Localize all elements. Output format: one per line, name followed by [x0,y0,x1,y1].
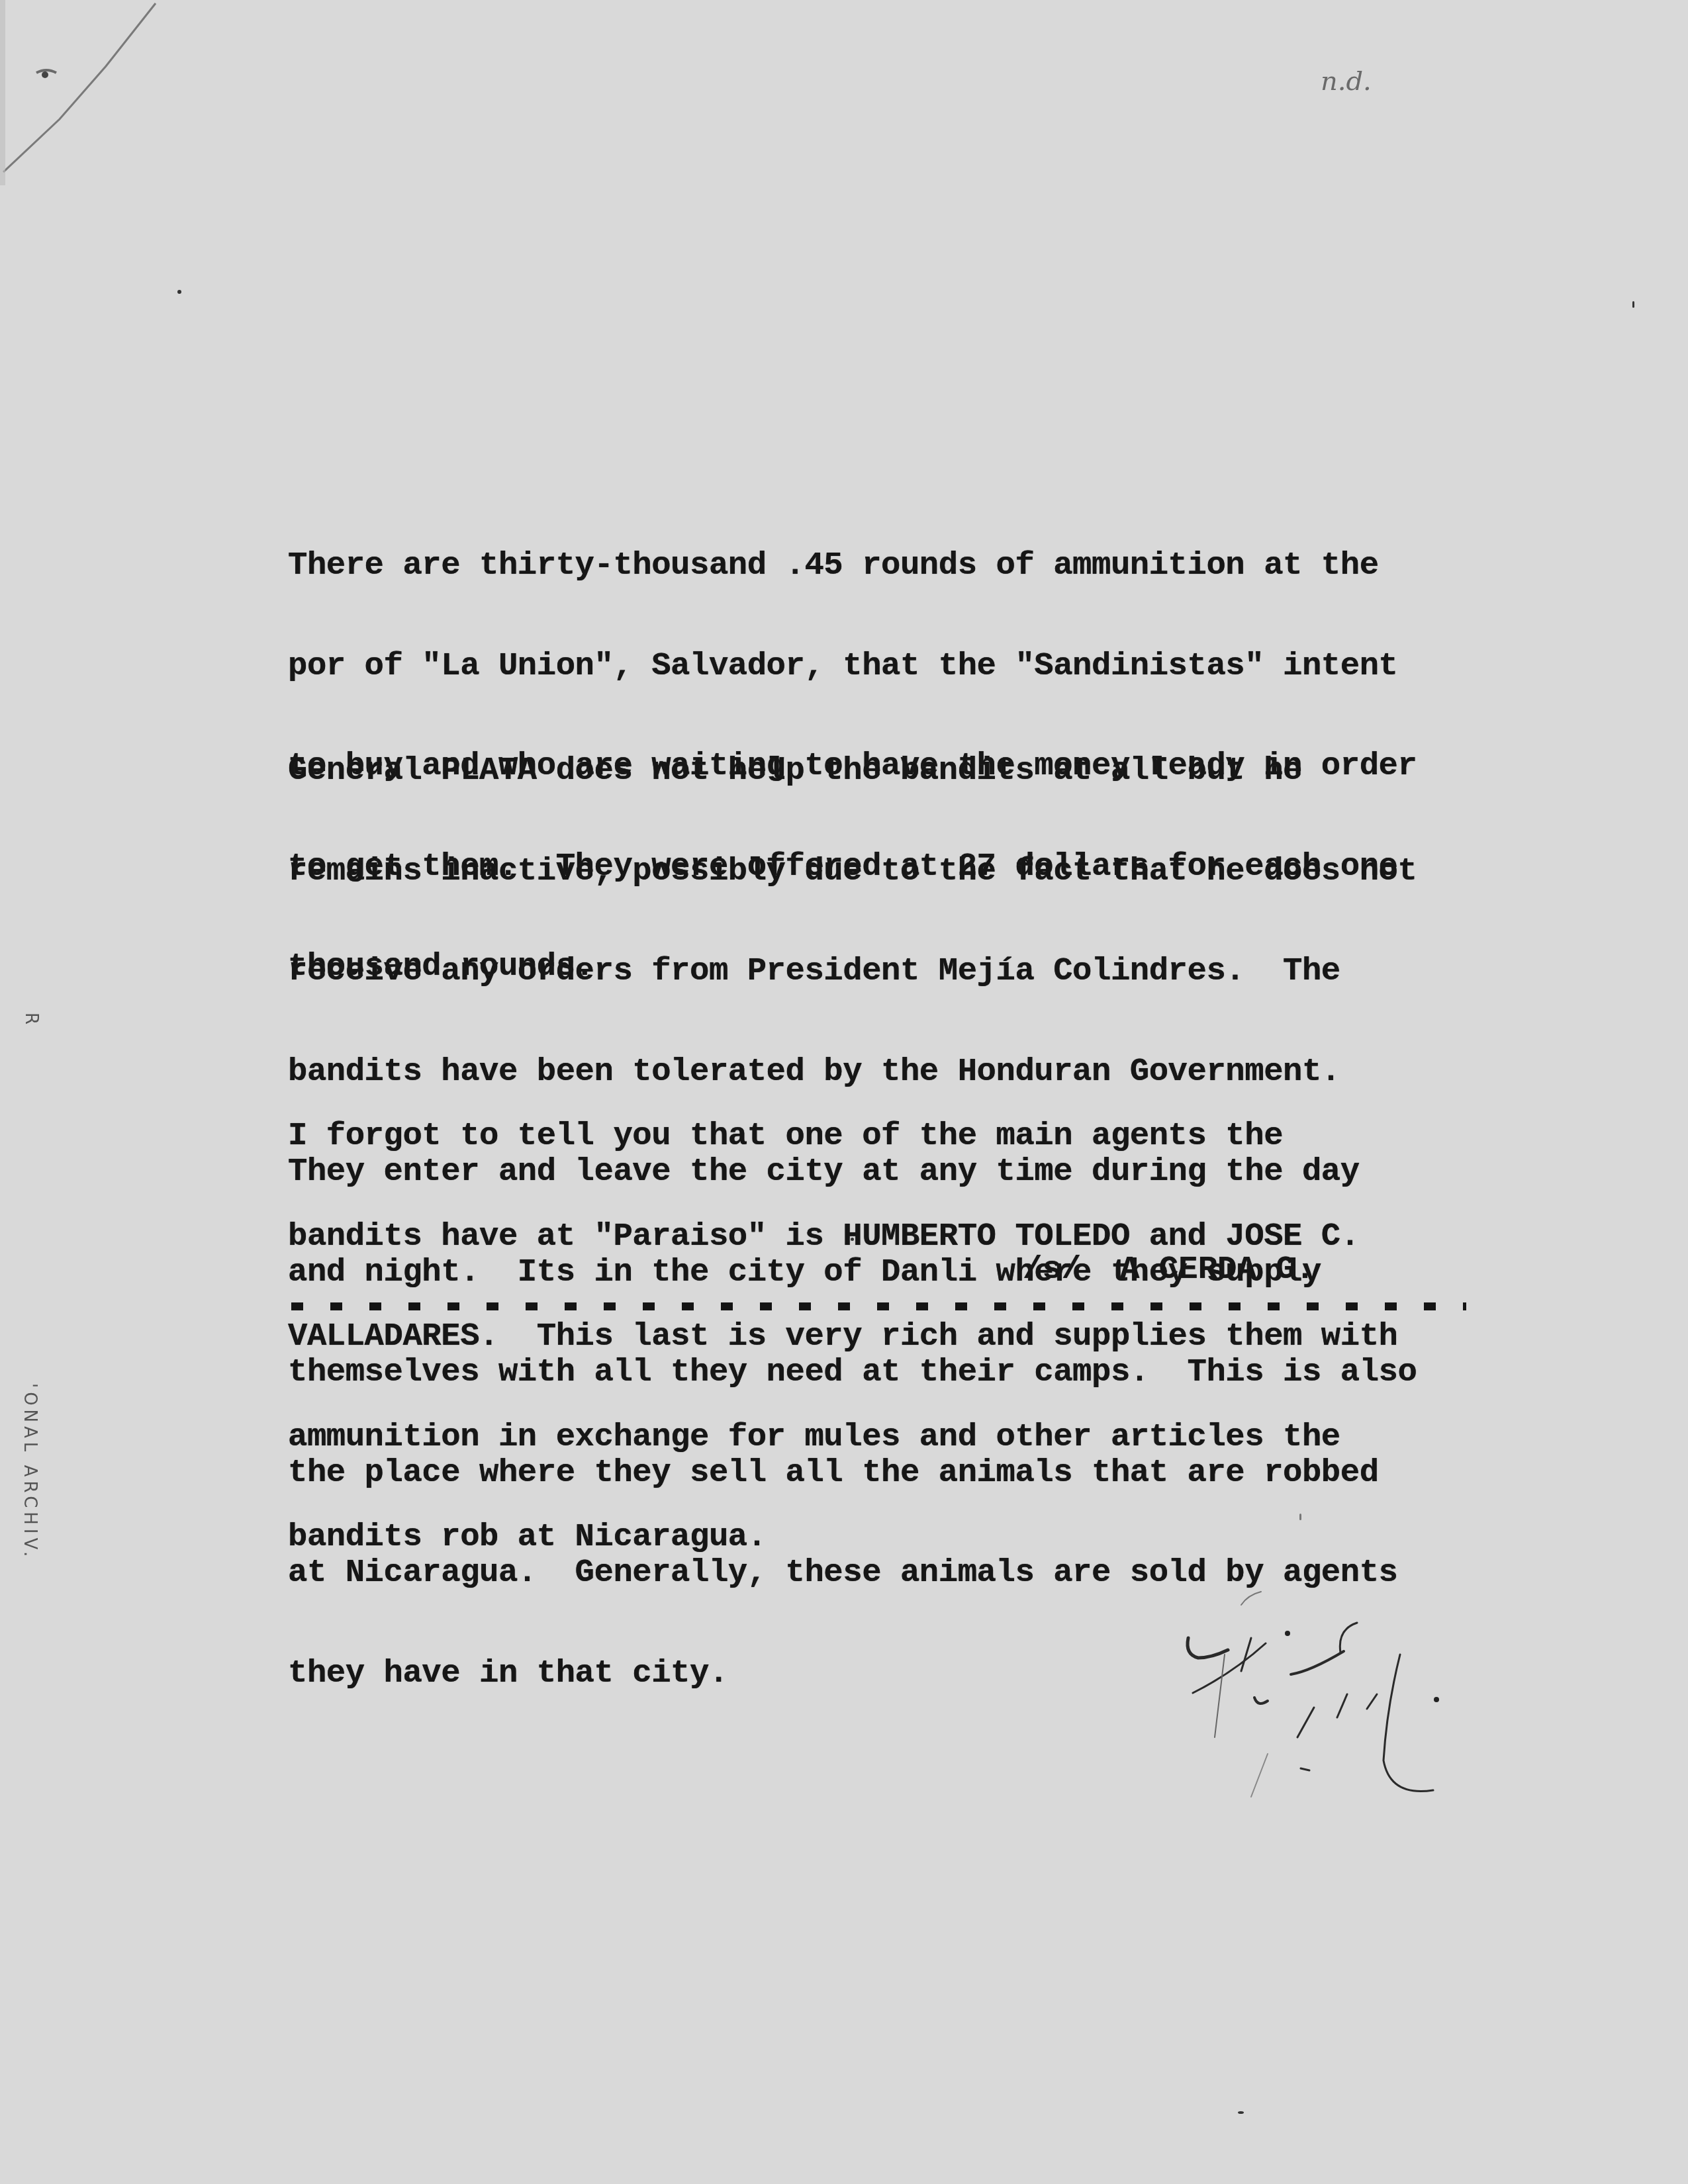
paper-speck [1299,1514,1301,1520]
paper-speck [1632,301,1634,308]
paragraph-paraiso-agents: I forgot to tell you that one of the mai… [288,1052,1493,1621]
side-mark: R [21,1013,41,1024]
text-line: General PLATA does not help the bandits … [288,754,1493,788]
document-page: n.d. R 'ONAL ARCHIV. There are thirty-th… [0,0,1688,2184]
text-line: remains inactive, possibly due to the fa… [288,854,1493,888]
paper-crease-mark [0,0,172,185]
paper-speck [851,1238,854,1241]
text-line: bandits rob at Nicaragua. [288,1520,1493,1554]
text-line: bandits have at "Paraiso" is HUMBERTO TO… [288,1220,1493,1253]
text-line: por of "La Union", Salvador, that the "S… [288,649,1493,683]
handwritten-initials-mark [1152,1555,1496,1833]
dashed-divider [291,1302,1466,1310]
text-line: I forgot to tell you that one of the mai… [288,1119,1493,1153]
text-line: receive any orders from President Mejía … [288,954,1493,988]
archive-stamp: 'ONAL ARCHIV. [20,1383,40,1561]
text-line: There are thirty-thousand .45 rounds of … [288,549,1493,582]
handwritten-annotation-nd: n.d. [1321,66,1372,97]
text-line: VALLADARES. This last is very rich and s… [288,1320,1493,1353]
text-line: ammunition in exchange for mules and oth… [288,1420,1493,1454]
paper-speck [1238,2111,1244,2114]
signature-line: /s/ A CERDA G. [1023,1251,1315,1288]
paper-speck [177,290,181,294]
